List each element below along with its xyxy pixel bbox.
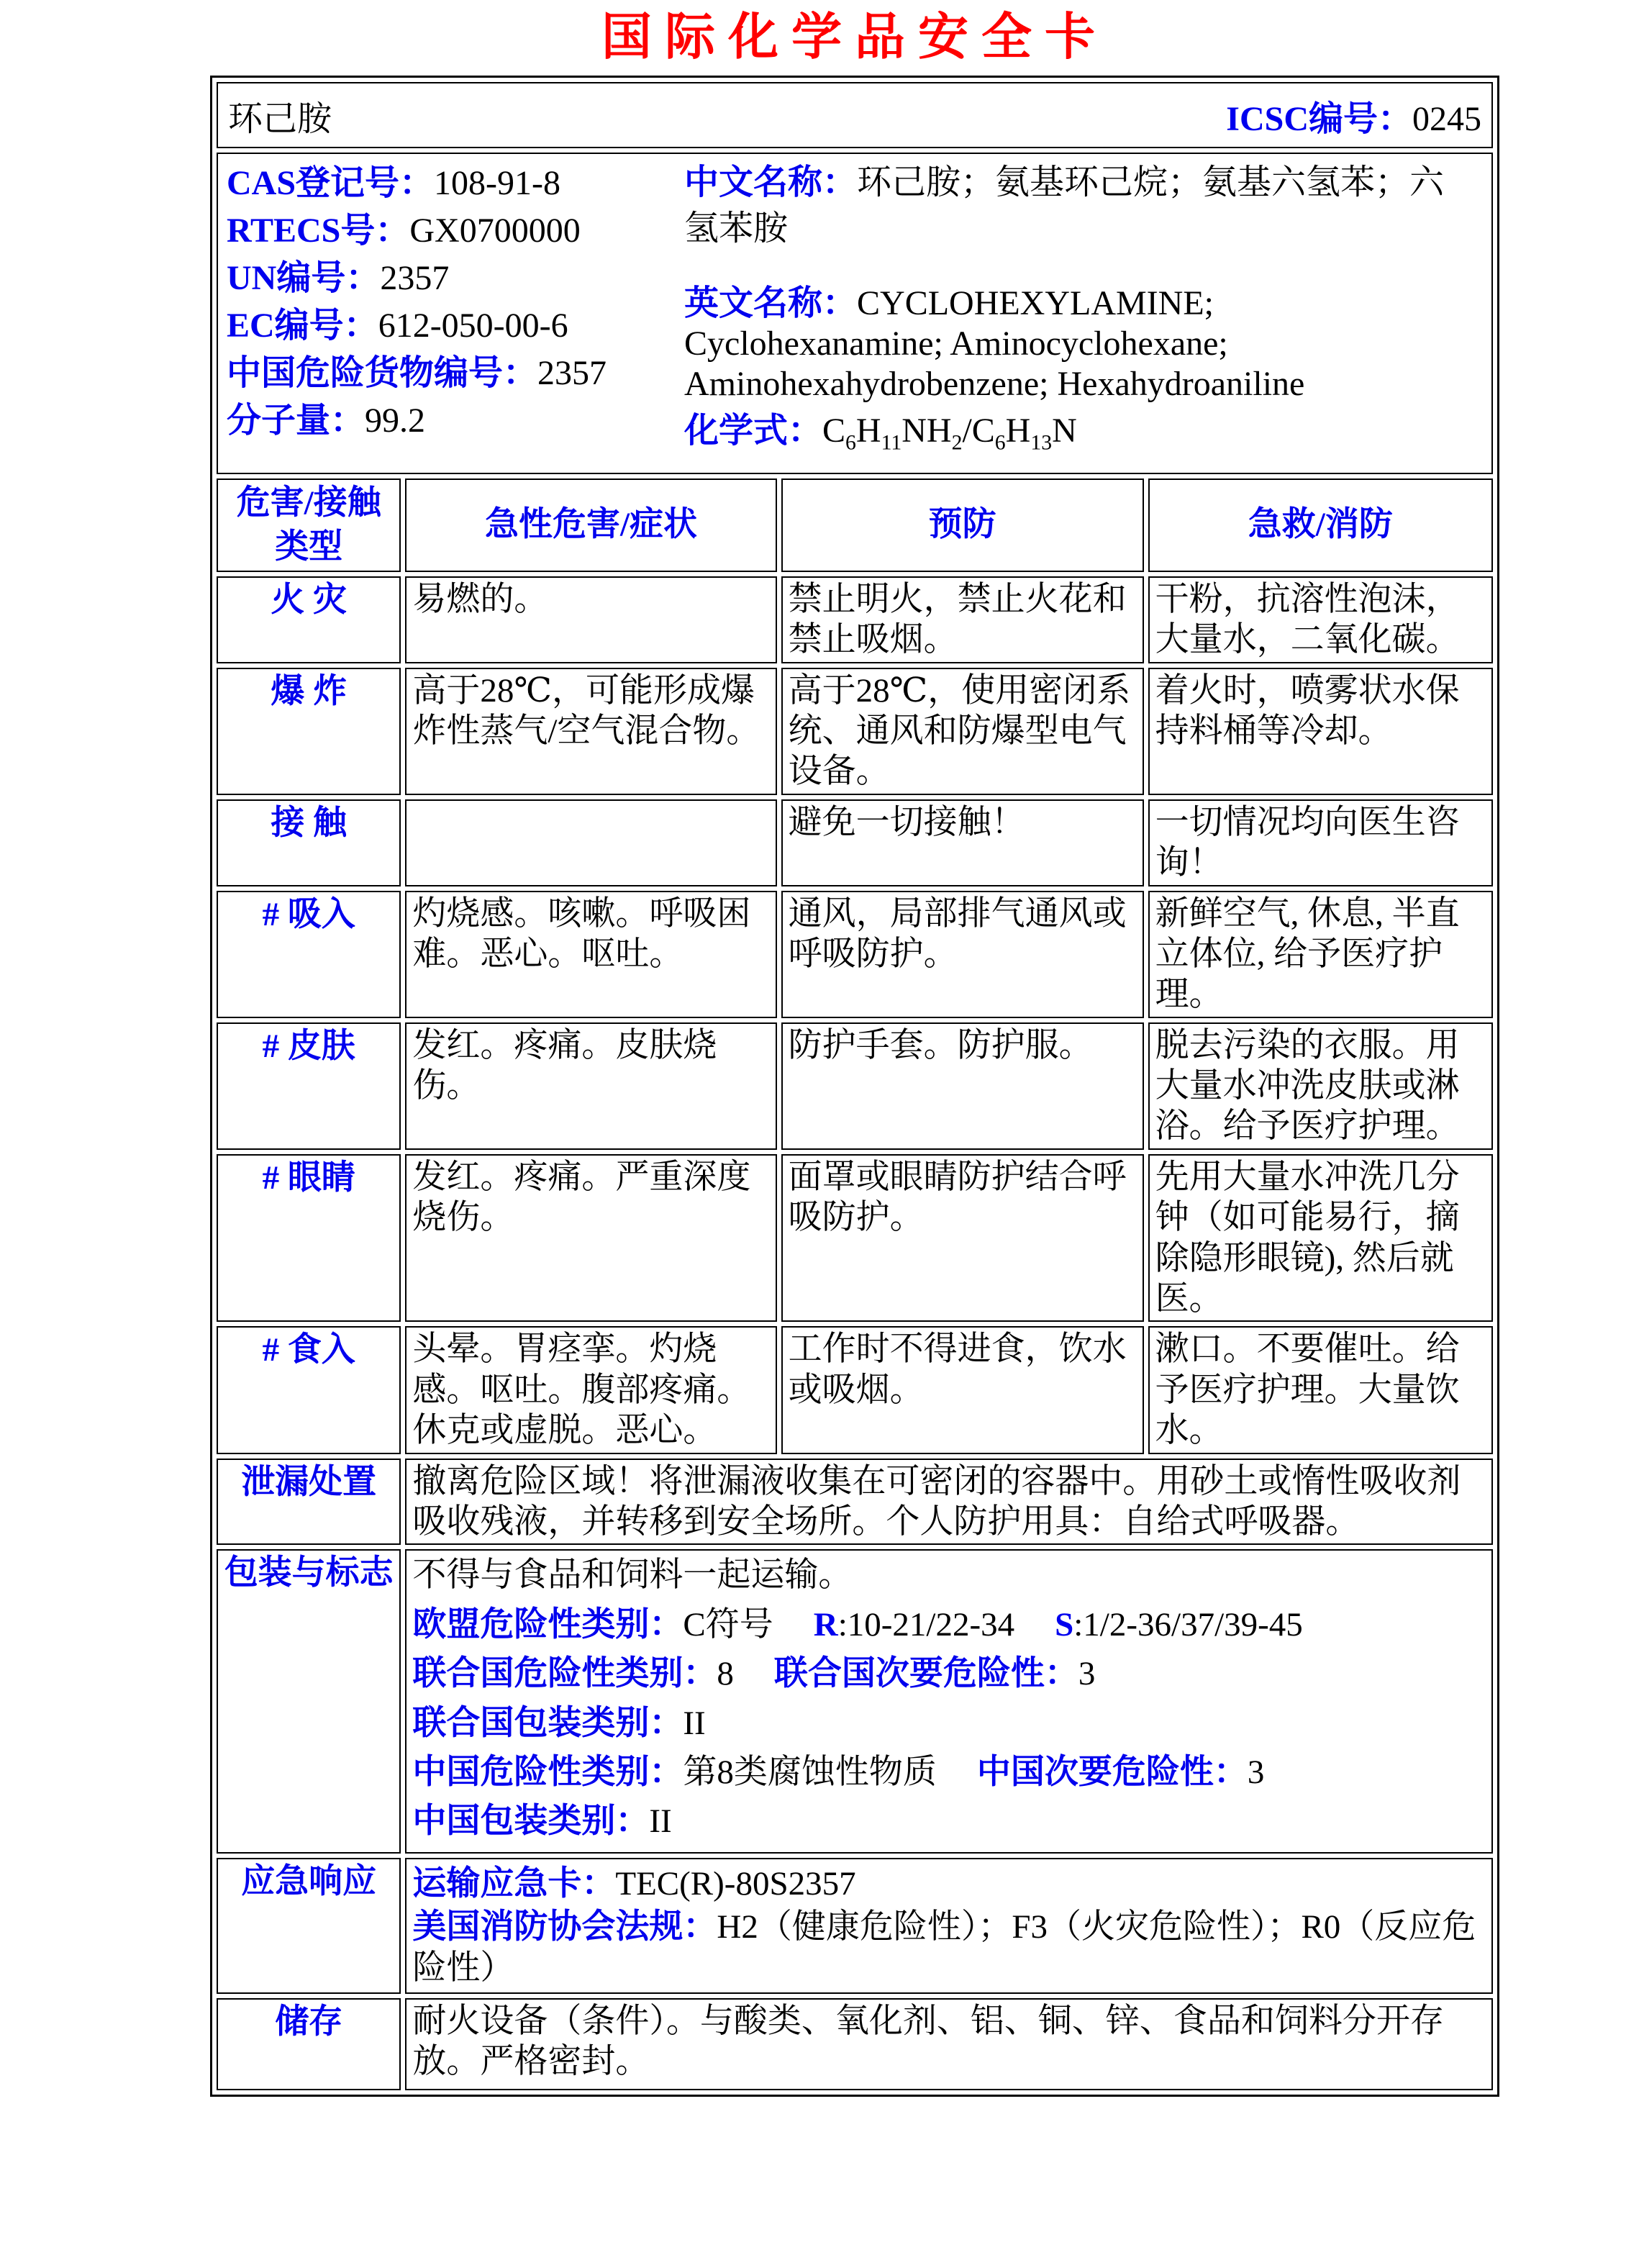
fire-first-aid-cell: 干粉，抗溶性泡沫，大量水，二氧化碳。 <box>1148 576 1493 663</box>
table-row-ingestion: # 食入 头晕。胃痉挛。灼烧感。呕吐。腹部疼痛。休克或虚脱。恶心。 工作时不得进… <box>217 1326 1493 1453</box>
nfpa-code-line: 美国消防协会法规：H2（健康危险性）；F3（火灾危险性）；R0（反应危险性） <box>412 1907 1486 1988</box>
eu-hazard-class-line: 欧盟危险性类别：C符号R:10-21/22-34S:1/2-36/37/39-4… <box>412 1605 1486 1645</box>
fire-type-label: 火 灾 <box>217 576 401 663</box>
card-header-row: 环己胺 ICSC编号：0245 <box>217 82 1493 148</box>
packaging-labeling-cell: 不得与食品和饲料一起运输。 欧盟危险性类别：C符号R:10-21/22-34S:… <box>405 1549 1493 1853</box>
icsc-document: 国际化学品安全卡 环己胺 ICSC编号：0245 CAS登记号：108-91-8… <box>210 0 1499 2097</box>
fire-prevention-cell: 禁止明火，禁止火花和禁止吸烟。 <box>781 576 1144 663</box>
page-title: 国际化学品安全卡 <box>210 10 1499 65</box>
english-name-row: 英文名称：CYCLOHEXYLAMINE; Cyclohexanamine; A… <box>684 283 1460 404</box>
china-packing-group-value: II <box>649 1802 671 1840</box>
explosion-first-aid-cell: 着火时，喷雾状水保持料桶等冷却。 <box>1148 668 1493 795</box>
un-hazard-class-value: 8 <box>717 1655 734 1692</box>
icsc-number-value: 0245 <box>1412 100 1481 138</box>
china-dg-number-value: 2357 <box>537 354 607 392</box>
nfpa-code-label: 美国消防协会法规： <box>412 1908 717 1946</box>
table-row-spill-disposal: 泄漏处置 撤离危险区域！将泄漏液收集在可密闭的容器中。用砂土或惰性吸收剂吸收残液… <box>217 1459 1493 1546</box>
rtecs-number-label: RTECS号： <box>227 212 409 250</box>
column-header-hazard-type: 危害/接触类型 <box>217 478 401 572</box>
molecular-weight-label: 分子量： <box>227 402 365 440</box>
china-packing-group-line: 中国包装类别：II <box>412 1801 1486 1841</box>
spill-disposal-cell: 撤离危险区域！将泄漏液收集在可密闭的容器中。用砂土或惰性吸收剂吸收残液，并转移到… <box>405 1459 1493 1546</box>
s-phrases-label: S <box>1055 1606 1073 1643</box>
explosion-type-label: 爆 炸 <box>217 668 401 795</box>
cas-number-value: 108-91-8 <box>434 164 560 202</box>
eu-hazard-class-value: C符号 <box>683 1606 773 1643</box>
cas-number-row: CAS登记号：108-91-8 <box>227 160 684 207</box>
icsc-card: 环己胺 ICSC编号：0245 CAS登记号：108-91-8 RTECS号：G… <box>210 76 1499 2097</box>
identification-section: CAS登记号：108-91-8 RTECS号：GX0700000 UN编号：23… <box>217 153 1493 474</box>
table-row-explosion: 爆 炸 高于28℃，可能形成爆炸性蒸气/空气混合物。 高于28℃，使用密闭系统、… <box>217 668 1493 795</box>
table-row-storage: 储存 耐火设备（条件）。与酸类、氧化剂、铝、铜、锌、食品和饲料分开存放。严格密封… <box>217 1998 1493 2090</box>
table-row-inhalation: # 吸入 灼烧感。咳嗽。呼吸困难。恶心。呕吐。 通风，局部排气通风或呼吸防护。 … <box>217 891 1493 1018</box>
skin-first-aid-cell: 脱去污染的衣服。用大量水冲洗皮肤或淋浴。给予医疗护理。 <box>1148 1022 1493 1150</box>
ec-number-value: 612-050-00-6 <box>378 307 568 345</box>
contact-first-aid-cell: 一切情况均向医生咨询！ <box>1148 799 1493 886</box>
hazard-table: 危害/接触类型 急性危害/症状 预防 急救/消防 火 灾 易燃的。 禁止明火，禁… <box>212 474 1497 2095</box>
contact-type-label: 接 触 <box>217 799 401 886</box>
ingestion-first-aid-cell: 漱口。不要催吐。给予医疗护理。大量饮水。 <box>1148 1326 1493 1453</box>
skin-prevention-cell: 防护手套。防护服。 <box>781 1022 1144 1150</box>
table-row-emergency-response: 应急响应 运输应急卡：TEC(R)-80S2357 美国消防协会法规：H2（健康… <box>217 1858 1493 1994</box>
ec-number-label: EC编号： <box>227 307 378 345</box>
s-phrases-value: :1/2-36/37/39-45 <box>1073 1606 1303 1643</box>
chemical-formula-value: C6H11NH2/C6H13N <box>822 412 1077 450</box>
substance-name: 环己胺 <box>228 91 332 140</box>
chinese-name-label: 中文名称： <box>684 163 857 201</box>
eu-hazard-class-label: 欧盟危险性类别： <box>412 1606 683 1643</box>
un-subsidiary-risk-value: 3 <box>1078 1655 1096 1692</box>
fire-symptoms-cell: 易燃的。 <box>405 576 776 663</box>
un-number-row: UN编号：2357 <box>227 255 684 302</box>
inhalation-symptoms-cell: 灼烧感。咳嗽。呼吸困难。恶心。呕吐。 <box>405 891 776 1018</box>
column-header-symptoms: 急性危害/症状 <box>405 478 776 572</box>
eyes-type-label: # 眼睛 <box>217 1154 401 1323</box>
chemical-formula-label: 化学式： <box>684 412 822 450</box>
table-row-skin: # 皮肤 发红。疼痛。皮肤烧伤。 防护手套。防护服。 脱去污染的衣服。用大量水冲… <box>217 1022 1493 1150</box>
un-hazard-class-line: 联合国危险性类别：8联合国次要危险性：3 <box>412 1654 1486 1694</box>
inhalation-prevention-cell: 通风，局部排气通风或呼吸防护。 <box>781 891 1144 1018</box>
china-subsidiary-risk-label: 中国次要危险性： <box>977 1754 1248 1791</box>
column-header-first-aid: 急救/消防 <box>1148 478 1493 572</box>
table-row-contact: 接 触 避免一切接触！ 一切情况均向医生咨询！ <box>217 799 1493 886</box>
icsc-number-label: ICSC编号： <box>1226 100 1412 138</box>
skin-symptoms-cell: 发红。疼痛。皮肤烧伤。 <box>405 1022 776 1150</box>
inhalation-first-aid-cell: 新鲜空气, 休息, 半直立体位, 给予医疗护理。 <box>1148 891 1493 1018</box>
transport-note-line: 不得与食品和饲料一起运输。 <box>412 1555 1486 1595</box>
spill-disposal-label: 泄漏处置 <box>217 1459 401 1546</box>
r-phrases-label: R <box>814 1606 838 1643</box>
china-packing-group-label: 中国包装类别： <box>412 1802 649 1840</box>
explosion-prevention-cell: 高于28℃，使用密闭系统、通风和防爆型电气设备。 <box>781 668 1144 795</box>
table-row-packaging-labeling: 包装与标志 不得与食品和饲料一起运输。 欧盟危险性类别：C符号R:10-21/2… <box>217 1549 1493 1853</box>
un-packing-group-label: 联合国包装类别： <box>412 1705 683 1742</box>
contact-prevention-cell: 避免一切接触！ <box>781 799 1144 886</box>
identifiers-block: CAS登记号：108-91-8 RTECS号：GX0700000 UN编号：23… <box>227 160 684 464</box>
un-packing-group-value: II <box>683 1705 705 1742</box>
cas-number-label: CAS登记号： <box>227 164 434 202</box>
skin-type-label: # 皮肤 <box>217 1022 401 1150</box>
china-dg-number-row: 中国危险货物编号：2357 <box>227 350 684 397</box>
transport-emergency-card-line: 运输应急卡：TEC(R)-80S2357 <box>412 1864 1486 1904</box>
molecular-weight-row: 分子量：99.2 <box>227 397 684 445</box>
storage-cell: 耐火设备（条件）。与酸类、氧化剂、铝、铜、锌、食品和饲料分开存放。严格密封。 <box>405 1998 1493 2090</box>
names-block: 中文名称：环己胺；氨基环己烷；氨基六氢苯；六氢苯胺 英文名称：CYCLOHEXY… <box>684 160 1460 464</box>
ec-number-row: EC编号：612-050-00-6 <box>227 302 684 350</box>
icsc-number: ICSC编号：0245 <box>1226 91 1481 140</box>
un-number-value: 2357 <box>380 259 449 297</box>
china-dg-number-label: 中国危险货物编号： <box>227 354 537 392</box>
english-name-label: 英文名称： <box>684 284 857 322</box>
emergency-response-cell: 运输应急卡：TEC(R)-80S2357 美国消防协会法规：H2（健康危险性）；… <box>405 1858 1493 1994</box>
eyes-first-aid-cell: 先用大量水冲洗几分钟（如可能易行，摘除隐形眼镜), 然后就医。 <box>1148 1154 1493 1323</box>
emergency-response-label: 应急响应 <box>217 1858 401 1994</box>
transport-emergency-card-value: TEC(R)-80S2357 <box>615 1865 855 1902</box>
ingestion-symptoms-cell: 头晕。胃痉挛。灼烧感。呕吐。腹部疼痛。休克或虚脱。恶心。 <box>405 1326 776 1453</box>
chinese-name-row: 中文名称：环己胺；氨基环己烷；氨基六氢苯；六氢苯胺 <box>684 160 1460 252</box>
chemical-formula-row: 化学式：C6H11NH2/C6H13N <box>684 410 1460 464</box>
r-phrases-value: :10-21/22-34 <box>838 1606 1014 1643</box>
packaging-labeling-label: 包装与标志 <box>217 1549 401 1853</box>
rtecs-number-row: RTECS号：GX0700000 <box>227 207 684 255</box>
transport-emergency-card-label: 运输应急卡： <box>412 1865 615 1902</box>
eyes-prevention-cell: 面罩或眼睛防护结合呼吸防护。 <box>781 1154 1144 1323</box>
explosion-symptoms-cell: 高于28℃，可能形成爆炸性蒸气/空气混合物。 <box>405 668 776 795</box>
china-hazard-class-line: 中国危险性类别：第8类腐蚀性物质中国次要危险性：3 <box>412 1752 1486 1792</box>
column-header-prevention: 预防 <box>781 478 1144 572</box>
china-hazard-class-label: 中国危险性类别： <box>412 1754 683 1791</box>
table-row-fire: 火 灾 易燃的。 禁止明火，禁止火花和禁止吸烟。 干粉，抗溶性泡沫，大量水，二氧… <box>217 576 1493 663</box>
molecular-weight-value: 99.2 <box>365 402 425 440</box>
ingestion-type-label: # 食入 <box>217 1326 401 1453</box>
contact-symptoms-cell <box>405 799 776 886</box>
rtecs-number-value: GX0700000 <box>409 212 580 250</box>
un-subsidiary-risk-label: 联合国次要危险性： <box>774 1655 1078 1692</box>
china-hazard-class-value: 第8类腐蚀性物质 <box>683 1754 937 1791</box>
ingestion-prevention-cell: 工作时不得进食，饮水或吸烟。 <box>781 1326 1144 1453</box>
hazard-table-header-row: 危害/接触类型 急性危害/症状 预防 急救/消防 <box>217 478 1493 572</box>
inhalation-type-label: # 吸入 <box>217 891 401 1018</box>
eyes-symptoms-cell: 发红。疼痛。严重深度烧伤。 <box>405 1154 776 1323</box>
un-hazard-class-label: 联合国危险性类别： <box>412 1655 717 1692</box>
table-row-eyes: # 眼睛 发红。疼痛。严重深度烧伤。 面罩或眼睛防护结合呼吸防护。 先用大量水冲… <box>217 1154 1493 1323</box>
un-number-label: UN编号： <box>227 259 380 297</box>
un-packing-group-line: 联合国包装类别：II <box>412 1703 1486 1743</box>
storage-label: 储存 <box>217 1998 401 2090</box>
china-subsidiary-risk-value: 3 <box>1248 1754 1265 1791</box>
